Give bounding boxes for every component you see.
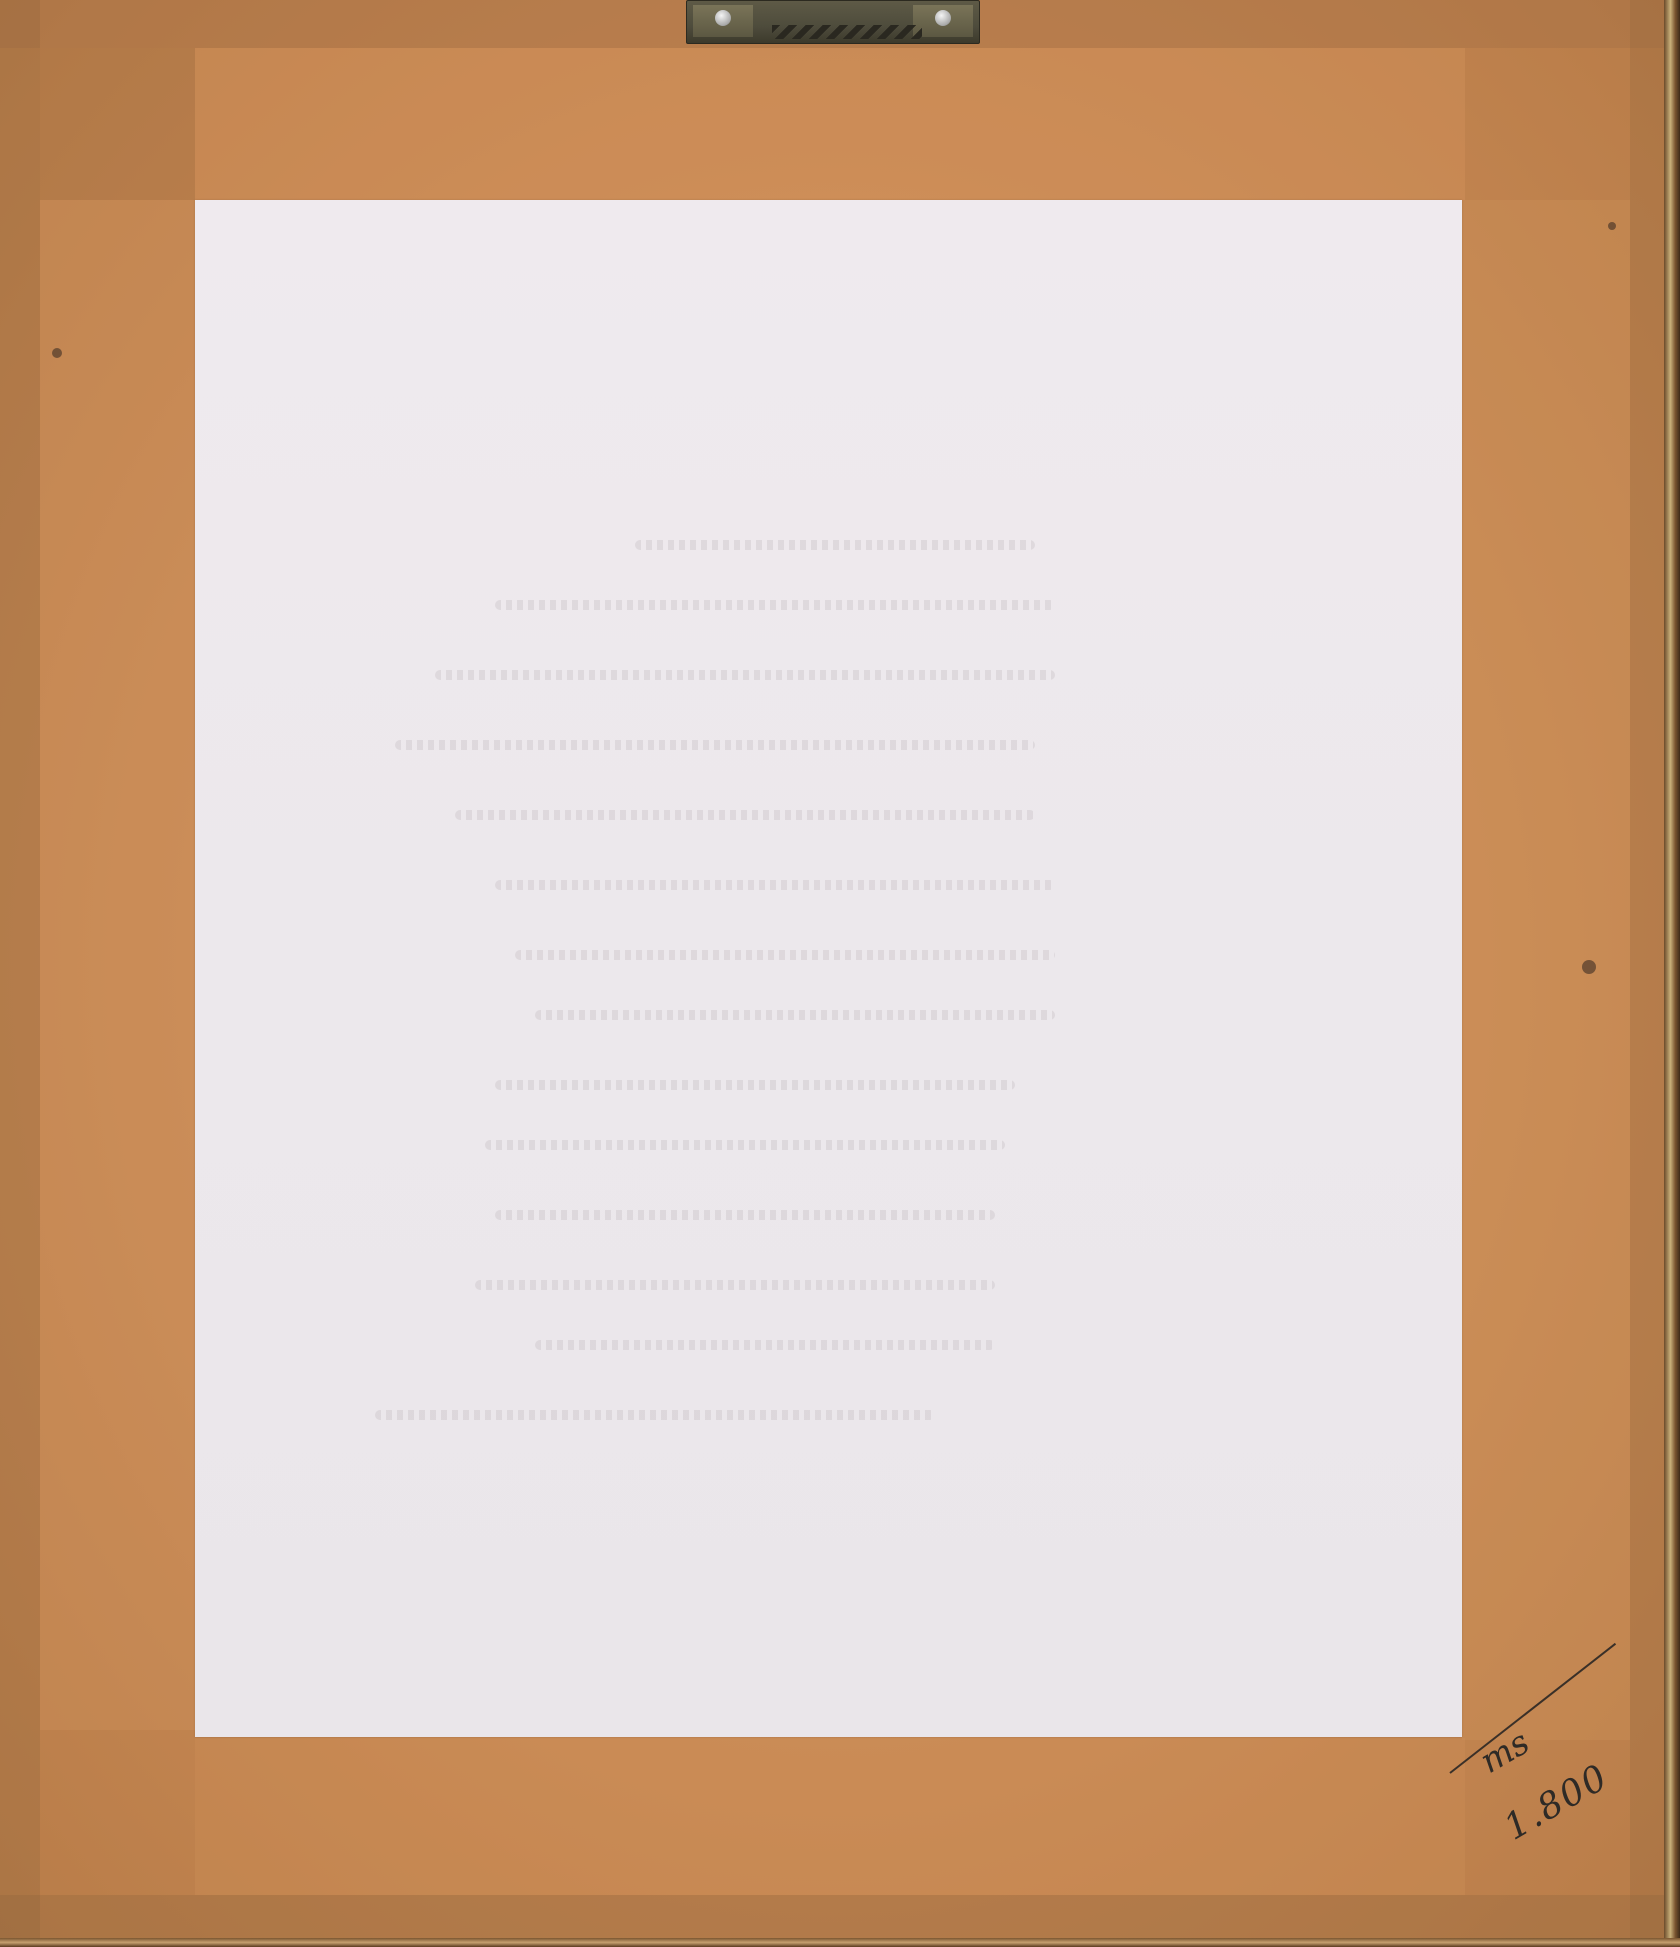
- sawtooth-teeth: [772, 25, 922, 39]
- tape-border-left: [0, 0, 40, 1940]
- tape-strip-right: [1462, 200, 1630, 1740]
- tape-strip-top: [195, 48, 1465, 200]
- show-through-text: [495, 1210, 995, 1220]
- annotation-initials: ms: [1473, 1722, 1536, 1781]
- show-through-text: [435, 670, 1055, 680]
- tape-strip-left: [40, 200, 195, 1730]
- mounted-paper-sheet: [195, 200, 1462, 1737]
- show-through-text: [535, 1010, 1055, 1020]
- pencil-annotation: ms 1.800: [1440, 1690, 1640, 1870]
- show-through-text: [515, 950, 1055, 960]
- show-through-text: [375, 1410, 935, 1420]
- show-through-text: [635, 540, 1035, 550]
- show-through-text: [475, 1280, 995, 1290]
- tape-border-bottom: [0, 1895, 1668, 1940]
- screw-icon: [935, 10, 951, 26]
- frame-edge-bottom: [0, 1938, 1680, 1947]
- nail-hole: [52, 348, 62, 358]
- nail-hole: [1582, 960, 1596, 974]
- show-through-text: [395, 740, 1035, 750]
- tape-strip-bottom: [195, 1738, 1465, 1895]
- sawtooth-hanger: [686, 0, 980, 44]
- annotation-price: 1.800: [1497, 1756, 1615, 1848]
- show-through-text: [455, 810, 1035, 820]
- show-through-text: [495, 880, 1055, 890]
- nail-hole: [1608, 222, 1616, 230]
- frame-edge-right: [1664, 0, 1680, 1947]
- tape-border-right: [1630, 0, 1668, 1940]
- show-through-text: [495, 600, 1055, 610]
- show-through-text: [535, 1340, 995, 1350]
- show-through-text: [485, 1140, 1005, 1150]
- show-through-text: [495, 1080, 1015, 1090]
- screw-icon: [715, 10, 731, 26]
- tape-corner: [40, 48, 195, 200]
